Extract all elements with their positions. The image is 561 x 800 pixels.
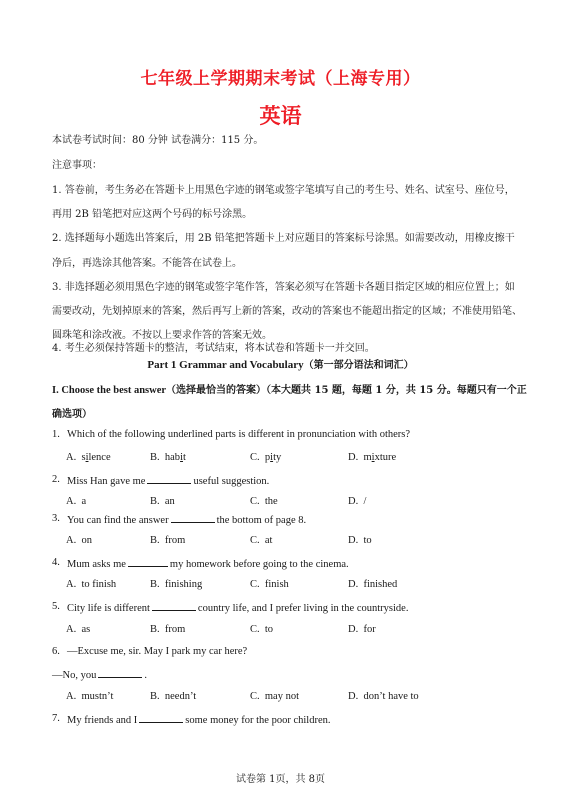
option-label: A. <box>66 452 76 463</box>
option-label: B. <box>150 496 160 507</box>
question-5-option-b: B. from <box>150 624 185 635</box>
question-text-after: country life, and I prefer living in the… <box>198 603 409 614</box>
question-3-option-b: B. from <box>150 535 185 546</box>
option-text: a <box>81 496 86 507</box>
question-1-option-d: D. mixture <box>348 452 396 463</box>
note-1-line-1: 1. 答卷前，考生务必在答题卡上用黑色字迹的钢笔或签字笔填写自己的考生号、姓名、… <box>52 181 515 196</box>
question-4-text: Mum asks memy homework before going to t… <box>67 557 349 570</box>
question-text-after: my homework before going to the cinema. <box>170 559 349 570</box>
question-text-before: —No, you <box>52 670 96 681</box>
question-2-number: 2. <box>52 474 60 485</box>
option-label: C. <box>250 496 260 507</box>
option-text-post: lence <box>88 452 110 463</box>
question-1-option-c: C. pity <box>250 452 281 463</box>
question-2-option-c: C. the <box>250 496 278 507</box>
section-heading: I. Choose the best answer（选择最恰当的答案）（本大题共… <box>52 381 527 396</box>
option-label: B. <box>150 452 160 463</box>
option-text-post: t <box>183 452 186 463</box>
option-text: mustn’t <box>81 691 113 702</box>
option-label: A. <box>66 579 76 590</box>
question-6-text: —Excuse me, sir. May I park my car here? <box>67 646 247 657</box>
question-2-text: Miss Han gave meuseful suggestion. <box>67 474 269 487</box>
note-3-line-2: 需要改动，先划掉原来的答案，然后再写上新的答案，改动的答案也不能超出指定的区域；… <box>52 302 522 317</box>
option-text: to <box>363 535 371 546</box>
option-label: C. <box>250 535 260 546</box>
option-label: A. <box>66 496 76 507</box>
page-footer: 试卷第 1页，共 8页 <box>0 770 561 785</box>
question-7-number: 7. <box>52 713 60 724</box>
question-text-after: some money for the poor children. <box>185 715 330 726</box>
option-text: to <box>265 624 273 635</box>
question-4-option-c: C. finish <box>250 579 289 590</box>
option-text: don’t have to <box>363 691 418 702</box>
answer-blank <box>152 601 196 611</box>
question-text-after: the bottom of page 8. <box>217 515 307 526</box>
option-text: needn’t <box>165 691 196 702</box>
subject-title: 英语 <box>0 100 561 130</box>
option-text-post: xture <box>375 452 397 463</box>
option-label: A. <box>66 691 76 702</box>
option-text: / <box>363 496 366 507</box>
question-3-option-a: A. on <box>66 535 92 546</box>
option-text: an <box>165 496 175 507</box>
question-5-text: City life is differentcountry life, and … <box>67 601 408 614</box>
option-label: D. <box>348 452 358 463</box>
answer-blank <box>171 513 215 523</box>
question-text-before: City life is different <box>67 603 150 614</box>
option-label: D. <box>348 535 358 546</box>
section-heading-cn: （选择最恰当的答案）（本大题共 15 题，每题 1 分，共 15 分。每题只有一… <box>166 385 527 396</box>
answer-blank <box>139 713 183 723</box>
note-2-line-1: 2. 选择题每小题选出答案后，用 2B 铅笔把答题卡上对应题目的答案标号涂黑。如… <box>52 229 515 244</box>
question-2-option-d: D. / <box>348 496 366 507</box>
answer-blank <box>147 474 191 484</box>
option-label: B. <box>150 579 160 590</box>
option-label: C. <box>250 452 260 463</box>
section-heading-cn-cont: 确选项） <box>52 405 92 420</box>
question-7-text: My friends and Isome money for the poor … <box>67 713 331 726</box>
answer-blank <box>128 557 168 567</box>
question-5-option-d: D. for <box>348 624 376 635</box>
option-label: D. <box>348 691 358 702</box>
option-text: may not <box>265 691 299 702</box>
question-text-before: My friends and I <box>67 715 137 726</box>
notes-heading: 注意事项： <box>52 156 102 171</box>
question-6-option-c: C. may not <box>250 691 299 702</box>
question-text-before: Mum asks me <box>67 559 126 570</box>
question-1-number: 1. <box>52 429 60 440</box>
option-text: at <box>265 535 273 546</box>
option-label: C. <box>250 579 260 590</box>
option-label: C. <box>250 624 260 635</box>
question-2-option-a: A. a <box>66 496 86 507</box>
question-text-before: You can find the answer <box>67 515 169 526</box>
exam-info: 本试卷考试时间：80 分钟 试卷满分：115 分。 <box>52 131 263 146</box>
option-text: finishing <box>165 579 202 590</box>
option-label: D. <box>348 624 358 635</box>
exam-title: 七年级上学期期末考试（上海专用） <box>0 64 561 89</box>
question-text-after: . <box>144 670 147 681</box>
question-3-option-d: D. to <box>348 535 372 546</box>
section-heading-en: I. Choose the best answer <box>52 385 166 396</box>
option-label: B. <box>150 691 160 702</box>
option-text-pre: hab <box>165 452 180 463</box>
note-3-line-1: 3. 非选择题必须用黑色字迹的钢笔或签字笔作答，答案必须写在答题卡各题目指定区域… <box>52 278 515 293</box>
question-4-option-b: B. finishing <box>150 579 202 590</box>
option-text: as <box>81 624 90 635</box>
part1-heading: Part 1 Grammar and Vocabulary（第一部分语法和词汇） <box>0 356 561 371</box>
question-1-text: Which of the following underlined parts … <box>67 429 410 440</box>
question-text-after: useful suggestion. <box>193 476 269 487</box>
note-1-line-2: 再用 2B 铅笔把对应这两个号码的标号涂黑。 <box>52 205 252 220</box>
option-label: A. <box>66 624 76 635</box>
question-6-option-a: A. mustn’t <box>66 691 113 702</box>
option-text: the <box>265 496 278 507</box>
question-6-option-b: B. needn’t <box>150 691 196 702</box>
question-3-text: You can find the answerthe bottom of pag… <box>67 513 306 526</box>
option-text: finish <box>265 579 289 590</box>
option-label: D. <box>348 496 358 507</box>
option-text: for <box>363 624 375 635</box>
option-text: to finish <box>81 579 116 590</box>
question-5-option-c: C. to <box>250 624 273 635</box>
part1-heading-cn: （第一部分语法和词汇） <box>304 360 414 371</box>
question-3-number: 3. <box>52 513 60 524</box>
part1-heading-en: Part 1 Grammar and Vocabulary <box>147 359 303 371</box>
option-text-post: ty <box>273 452 281 463</box>
option-text: finished <box>363 579 397 590</box>
option-label: B. <box>150 535 160 546</box>
question-4-number: 4. <box>52 557 60 568</box>
option-text: from <box>165 624 185 635</box>
question-5-number: 5. <box>52 601 60 612</box>
answer-blank <box>98 668 142 678</box>
question-6-number: 6. <box>52 646 60 657</box>
option-text: from <box>165 535 185 546</box>
question-2-option-b: B. an <box>150 496 175 507</box>
question-1-option-a: A. silence <box>66 452 111 463</box>
question-1-option-b: B. habit <box>150 452 186 463</box>
question-5-option-a: A. as <box>66 624 90 635</box>
question-text-before: Miss Han gave me <box>67 476 145 487</box>
option-text-pre: m <box>363 452 371 463</box>
option-text: on <box>81 535 92 546</box>
option-label: C. <box>250 691 260 702</box>
option-label: A. <box>66 535 76 546</box>
note-4-line-1: 4. 考生必须保持答题卡的整洁，考试结束，将本试卷和答题卡一并交回。 <box>52 339 375 354</box>
question-6-option-d: D. don’t have to <box>348 691 419 702</box>
question-4-option-a: A. to finish <box>66 579 116 590</box>
option-label: D. <box>348 579 358 590</box>
note-2-line-2: 净后，再选涂其他答案。不能答在试卷上。 <box>52 254 242 269</box>
question-6-reply: —No, you. <box>52 668 147 681</box>
question-3-option-c: C. at <box>250 535 272 546</box>
option-label: B. <box>150 624 160 635</box>
question-4-option-d: D. finished <box>348 579 397 590</box>
